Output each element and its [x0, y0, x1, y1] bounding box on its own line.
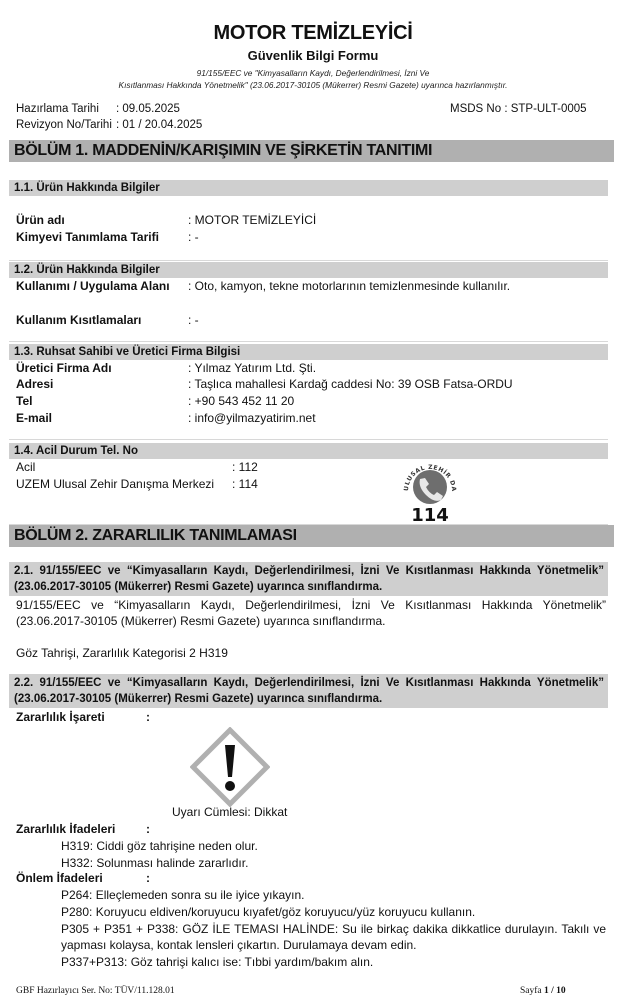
subsection-1-2-title: 1.2. Ürün Hakkında Bilgiler — [9, 262, 608, 278]
page-number: Sayfa 1 / 10 — [520, 986, 566, 996]
poison-center-logo: ULUSAL ZEHİR DANIŞMA MERKEZİ 114 — [396, 457, 464, 523]
precaution-statement-continued: yapması kolaysa, kontak lensleri çıkartı… — [61, 937, 606, 954]
logo-number: 114 — [411, 505, 449, 523]
precaution-statement: P305 + P351 + P338: GÖZ İLE TEMASI HALİN… — [61, 921, 606, 938]
divider — [9, 341, 608, 342]
regulation-line-1: 91/155/EEC ve "Kimyasalların Kaydı, Değe… — [0, 68, 626, 78]
address-row: Adresi: Taşlıca mahallesi Kardağ caddesi… — [16, 377, 513, 391]
product-name-label: Ürün adı — [16, 213, 188, 227]
precaution-statements-header: Önlem İfadeleri: — [16, 871, 150, 885]
address-label: Adresi — [16, 377, 188, 391]
page-total: 10 — [556, 986, 566, 996]
revision-value: : 01 / 20.04.2025 — [116, 119, 202, 131]
phone-icon: ULUSAL ZEHİR DANIŞMA MERKEZİ 114 — [396, 457, 464, 523]
hazard-statements-label: Zararlılık İfadeleri — [16, 822, 146, 836]
usage-restrictions-value: : - — [188, 313, 199, 327]
pictogram-row: Zararlılık İşareti: — [16, 710, 150, 724]
usage-restrictions-row: Kullanım Kısıtlamaları: - — [16, 313, 199, 327]
classification-text: 91/155/EEC ve “Kimyasalların Kaydı, Değe… — [16, 597, 606, 629]
precaution-statement: P337+P313: Göz tahrişi kalıcı ise: Tıbbi… — [61, 954, 606, 971]
revision: Revizyon No/Tarihi: 01 / 20.04.2025 — [16, 119, 202, 131]
usage-restrictions-label: Kullanım Kısıtlamaları — [16, 313, 188, 327]
chemical-description-value: : - — [188, 230, 199, 244]
poison-center-label: UZEM Ulusal Zehir Danışma Merkezi — [16, 477, 232, 491]
usage-area-row: Kullanımı / Uygulama Alanı: Oto, kamyon,… — [16, 279, 510, 293]
subsection-2-1-title-line-2: (23.06.2017-30105 (Mükerrer) Resmi Gazet… — [14, 579, 604, 595]
classification-line-2: (23.06.2017-30105 (Mükerrer) Resmi Gazet… — [16, 613, 606, 629]
precaution-statement: P264: Elleçlemeden sonra su ile iyice yı… — [61, 887, 606, 904]
manufacturer-label: Üretici Firma Adı — [16, 361, 188, 375]
subsection-1-1-title: 1.1. Ürün Hakkında Bilgiler — [9, 180, 608, 196]
usage-area-value: : Oto, kamyon, tekne motorlarının temizl… — [188, 279, 510, 293]
revision-label: Revizyon No/Tarihi — [16, 119, 116, 131]
subsection-1-3-title: 1.3. Ruhsat Sahibi ve Üretici Firma Bilg… — [9, 344, 608, 360]
subsection-2-1-title-line-1: 2.1. 91/155/EEC ve “Kimyasalların Kaydı,… — [14, 563, 604, 579]
manufacturer-row: Üretici Firma Adı: Yılmaz Yatırım Ltd. Ş… — [16, 361, 316, 375]
hazard-colon: : — [146, 822, 150, 836]
phone-row: Tel: +90 543 452 11 20 — [16, 394, 294, 408]
address-value: : Taşlıca mahallesi Kardağ caddesi No: 3… — [188, 377, 513, 391]
precaution-colon: : — [146, 871, 150, 885]
subsection-2-2-title-line-1: 2.2. 91/155/EEC ve “Kimyasalların Kaydı,… — [14, 675, 604, 691]
pictogram-label: Zararlılık İşareti — [16, 710, 146, 724]
email-value[interactable]: : info@yilmazyatirim.net — [188, 411, 316, 425]
product-name-row: Ürün adı: MOTOR TEMİZLEYİCİ — [16, 213, 316, 227]
manufacturer-value: : Yılmaz Yatırım Ltd. Şti. — [188, 361, 316, 375]
poison-center-row: UZEM Ulusal Zehir Danışma Merkezi: 114 — [16, 477, 258, 491]
chemical-description-label: Kimyevi Tanımlama Tarifi — [16, 230, 188, 244]
document-title: MOTOR TEMİZLEYİCİ — [0, 22, 626, 45]
email-label: E-mail — [16, 411, 188, 425]
classification-category: Göz Tahrişi, Zararlılık Kategorisi 2 H31… — [16, 645, 606, 661]
pictogram-colon: : — [146, 710, 150, 724]
divider — [9, 260, 608, 261]
emergency-row: Acil: 112 — [16, 460, 258, 474]
document-subtitle: Güvenlik Bilgi Formu — [0, 48, 626, 63]
prep-date-value: : 09.05.2025 — [116, 103, 180, 115]
hazard-statement: H319: Ciddi göz tahrişine neden olur. — [61, 838, 606, 855]
emergency-label: Acil — [16, 460, 232, 474]
prep-date: Hazırlama Tarihi: 09.05.2025 — [16, 103, 180, 115]
prep-date-label: Hazırlama Tarihi — [16, 103, 116, 115]
phone-value[interactable]: : +90 543 452 11 20 — [188, 394, 294, 408]
product-name-value: : MOTOR TEMİZLEYİCİ — [188, 213, 316, 227]
precaution-statement: P280: Koruyucu eldiven/koruyucu kıyafet/… — [61, 904, 606, 921]
phone-label: Tel — [16, 394, 188, 408]
chemical-description-row: Kimyevi Tanımlama Tarifi: - — [16, 230, 199, 244]
regulation-line-2: Kısıtlanması Hakkında Yönetmelik" (23.06… — [0, 80, 626, 90]
page-prefix: Sayfa — [520, 986, 544, 996]
precaution-statements-label: Önlem İfadeleri — [16, 871, 146, 885]
subsection-2-1-title: 2.1. 91/155/EEC ve “Kimyasalların Kaydı,… — [9, 562, 608, 596]
section-1-title: BÖLÜM 1. MADDENİN/KARIŞIMIN VE ŞİRKETİN … — [9, 140, 614, 162]
hazard-statements-header: Zararlılık İfadeleri: — [16, 822, 150, 836]
section-2-title: BÖLÜM 2. ZARARLILIK TANIMLAMASI — [9, 525, 614, 547]
poison-center-value: : 114 — [232, 477, 258, 491]
subsection-2-2-title: 2.2. 91/155/EEC ve “Kimyasalların Kaydı,… — [9, 674, 608, 708]
classification-line-1: 91/155/EEC ve “Kimyasalların Kaydı, Değe… — [16, 597, 606, 613]
subsection-2-2-title-line-2: (23.06.2017-30105 (Mükerrer) Resmi Gazet… — [14, 691, 604, 707]
signal-word: Uyarı Cümlesi: Dikkat — [172, 805, 287, 819]
emergency-value: : 112 — [232, 460, 258, 474]
subsection-1-4-title: 1.4. Acil Durum Tel. No — [9, 443, 608, 459]
email-row: E-mail: info@yilmazyatirim.net — [16, 411, 316, 425]
usage-area-label: Kullanımı / Uygulama Alanı — [16, 279, 188, 293]
msds-number: MSDS No : STP-ULT-0005 — [450, 103, 587, 115]
exclamation-mark-icon — [190, 727, 270, 807]
preparer-serial: GBF Hazırlayıcı Ser. No: TÜV/11.128.01 — [16, 986, 175, 996]
divider — [9, 439, 608, 440]
hazard-statement: H332: Solunması halinde zararlıdır. — [61, 855, 606, 872]
